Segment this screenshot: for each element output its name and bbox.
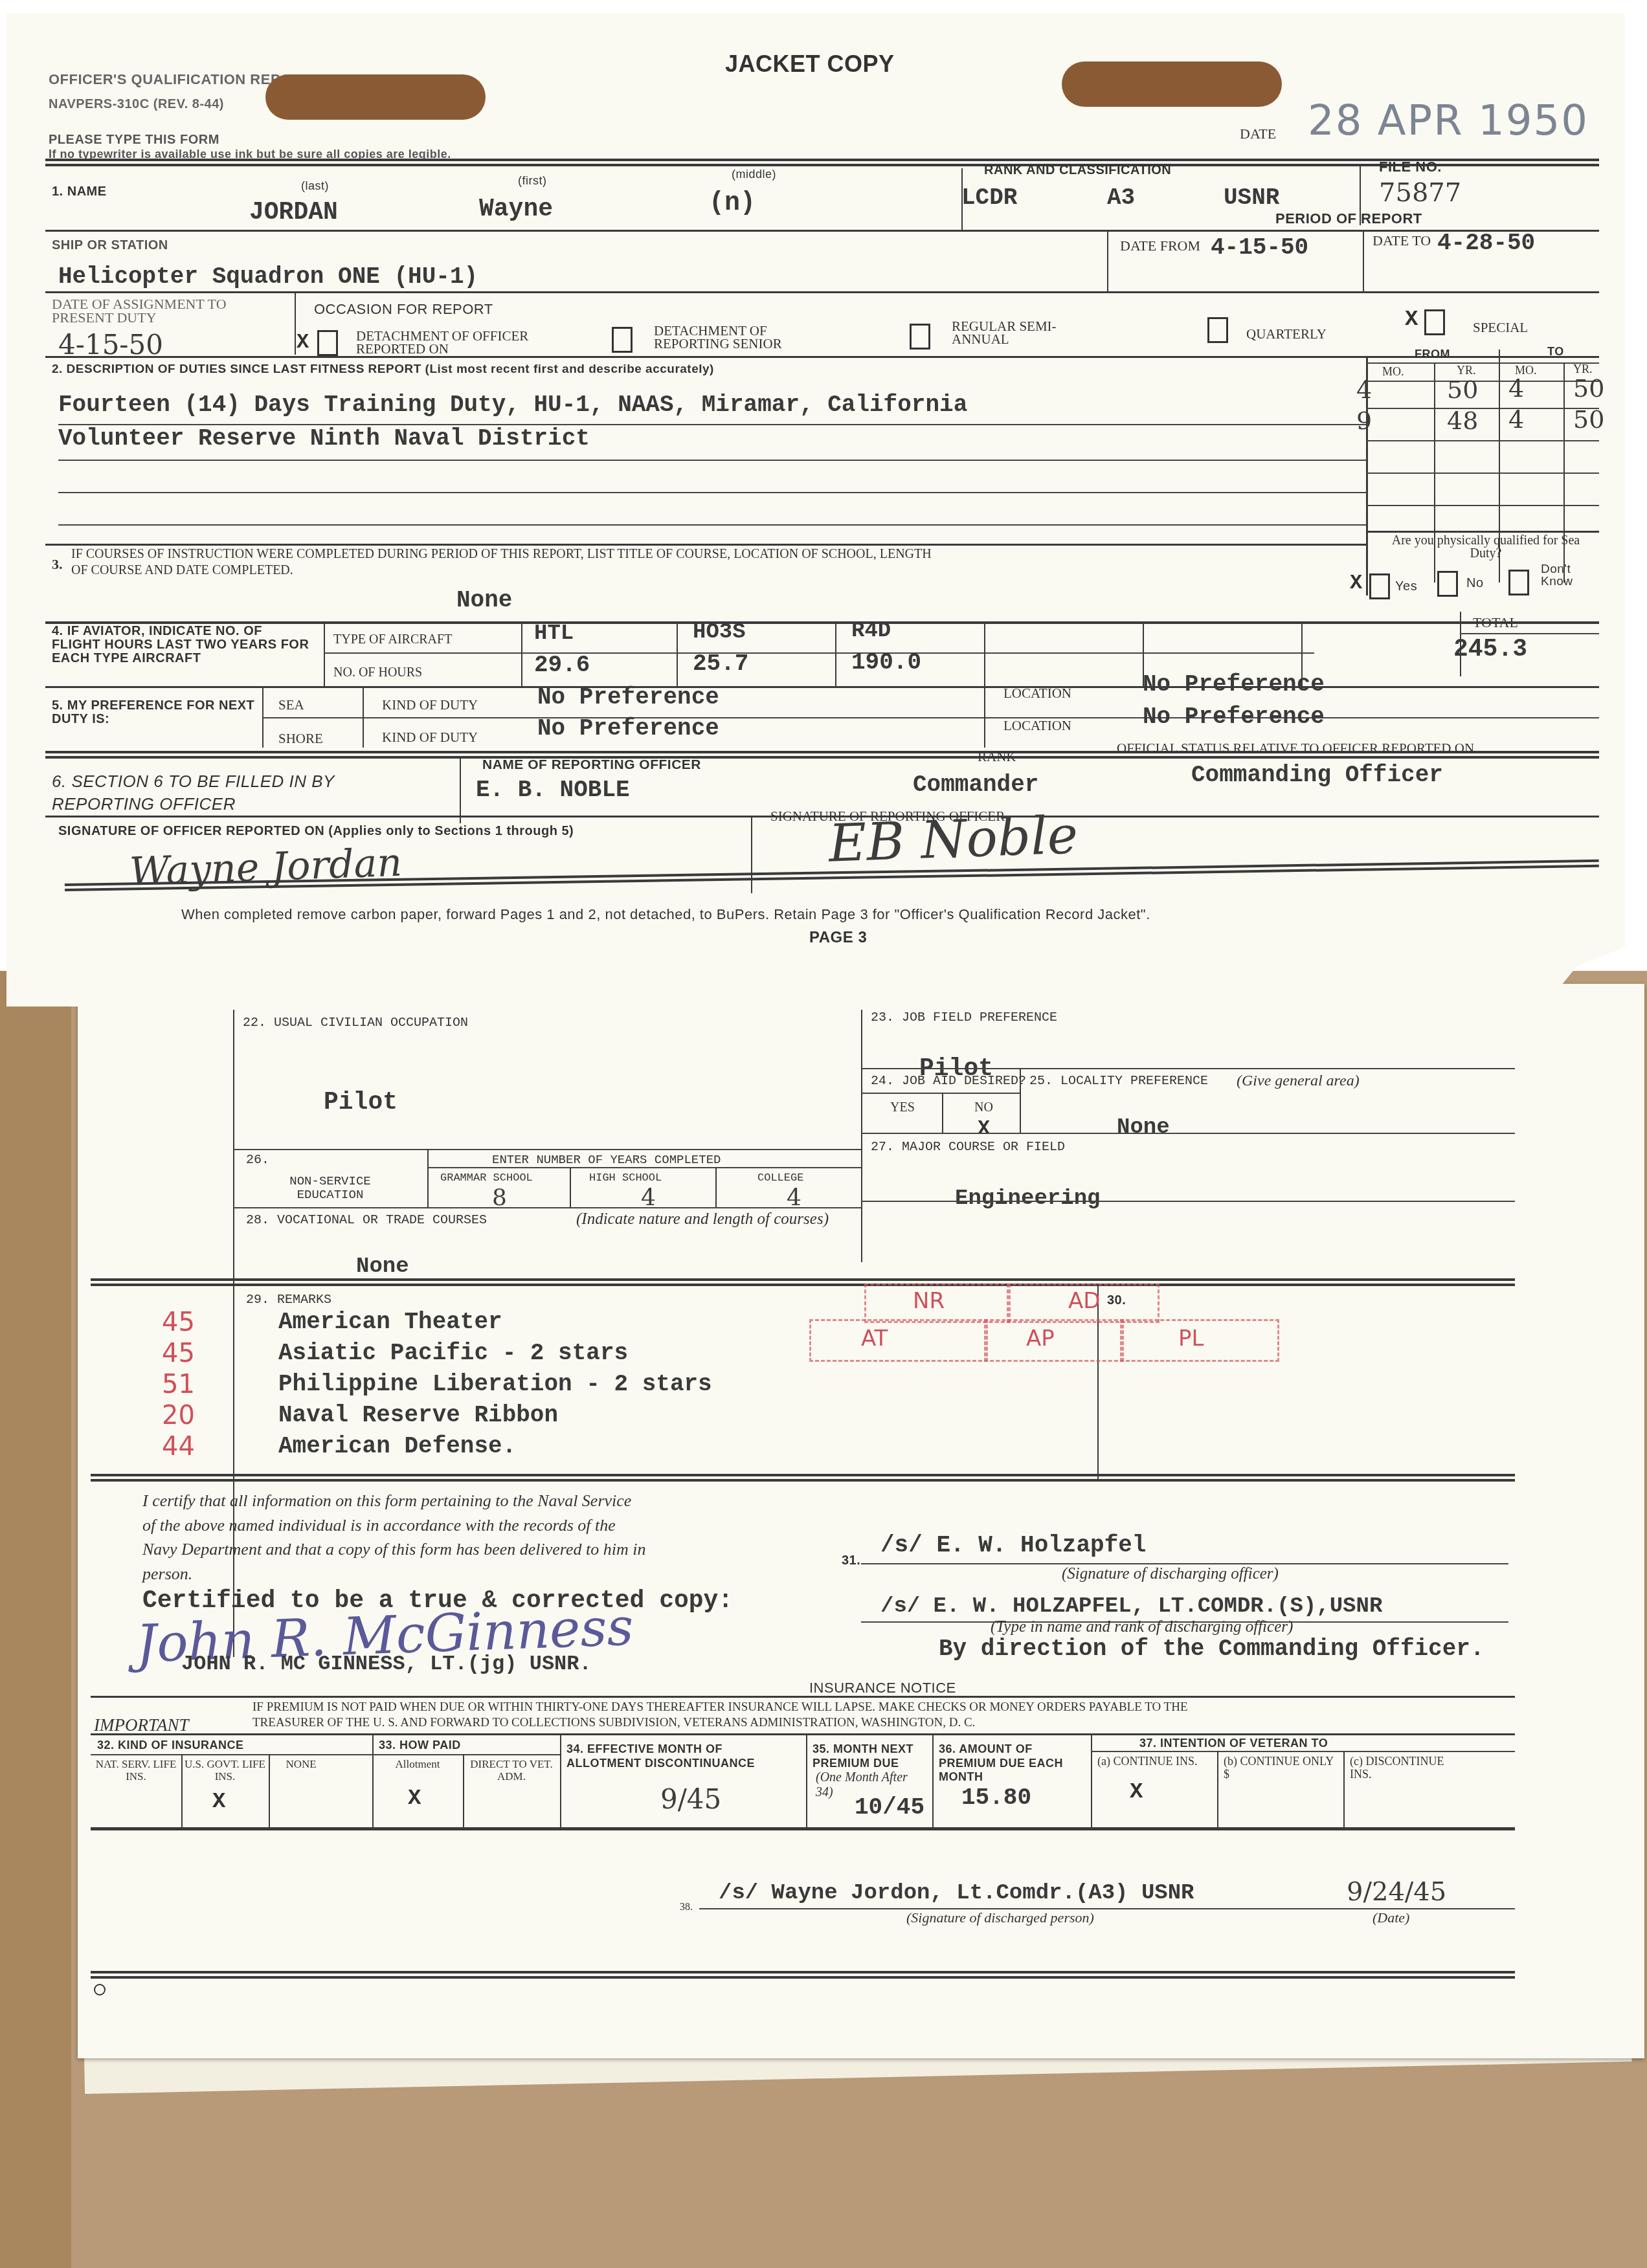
certification-text: I certify that all information on this f… (142, 1489, 647, 1586)
discharged-sig-caption: (Signature of discharged person) (906, 1909, 1094, 1926)
years-header: ENTER NUMBER OF YEARS COMPLETED (492, 1153, 721, 1167)
preference-label: 5. MY PREFERENCE FOR NEXT DUTY IS: (52, 699, 259, 726)
duties-line-2: Volunteer Reserve Ninth Naval District (58, 427, 590, 450)
duty-row-1-from-mo: 4 (1356, 375, 1372, 404)
first-name-label: (first) (518, 175, 546, 188)
aircraft-1-type: HTL (534, 623, 574, 645)
type-instruction: PLEASE TYPE THIS FORM (49, 133, 219, 148)
sea-label: SEA (278, 698, 304, 713)
discharged-signature: /s/ Wayne Jordon, Lt.Comdr.(A3) USNR (719, 1882, 1194, 1904)
education-number: 26. (246, 1153, 269, 1168)
aircraft-3-hours: 190.0 (851, 651, 921, 674)
job-aid-label: 24. JOB AID DESIRED? (871, 1074, 1026, 1089)
shore-location-value: No Preference (1143, 706, 1325, 729)
classification-value: A3 (1107, 186, 1135, 210)
courses-label-line1: IF COURSES OF INSTRUCTION WERE COMPLETED… (71, 547, 932, 561)
shore-location-label: LOCATION (1003, 718, 1071, 733)
total-hours-value: 245.3 (1453, 638, 1527, 662)
remark-code: 51 (162, 1370, 195, 1399)
assignment-label: DATE OF ASSIGNMENT TO PRESENT DUTY (52, 298, 278, 325)
sea-duty-check-mark: X (1350, 571, 1362, 595)
ship-station-value: Helicopter Squadron ONE (HU-1) (58, 265, 478, 289)
special-check-mark: X (1405, 307, 1418, 332)
duty-row-1-to-mo: 4 (1508, 374, 1524, 403)
discharged-date: 9/24/45 (1347, 1877, 1446, 1907)
discharging-sig-caption: (Signature of discharging officer) (1062, 1565, 1279, 1583)
discharging-number: 31. (842, 1553, 860, 1568)
duties-line-1: Fourteen (14) Days Training Duty, HU-1, … (58, 394, 967, 417)
grammar-label: GRAMMAR SCHOOL (440, 1173, 533, 1185)
sea-kind-value: No Preference (537, 686, 719, 709)
paid-col-allotment: Allotment (375, 1759, 460, 1771)
high-school-label: HIGH SCHOOL (589, 1173, 662, 1185)
kind-value-usgli[interactable]: X (212, 1790, 225, 1814)
next-premium-value: 10/45 (855, 1796, 924, 1819)
remark-text: American Theater (278, 1311, 502, 1334)
duty-row-2-from-yr: 48 (1447, 406, 1478, 435)
remarks-label: 29. REMARKS (246, 1293, 331, 1307)
reporting-officer-name: E. B. NOBLE (476, 779, 630, 802)
intention-col-continue: (a) CONTINUE INS. (1097, 1755, 1214, 1768)
insurance-notice-title: INSURANCE NOTICE (809, 1680, 956, 1696)
sea-duty-label: Are you physically qualified for Sea Dut… (1379, 534, 1593, 560)
sea-duty-no-checkbox[interactable] (1437, 571, 1458, 597)
total-label: TOTAL (1473, 615, 1518, 630)
vocational-label: 28. VOCATIONAL OR TRADE COURSES (246, 1214, 487, 1228)
remark-code: 20 (162, 1401, 195, 1430)
page-3-jacket-copy: OFFICER'S QUALIFICATION REPORT NAVPERS-3… (6, 13, 1625, 1006)
intention-col-discontinue: (c) DISCONTINUE INS. (1350, 1755, 1460, 1781)
folder-edge (0, 971, 71, 2268)
major-label: 27. MAJOR COURSE OR FIELD (871, 1140, 1065, 1155)
form-number: NAVPERS-310C (REV. 8-44) (49, 97, 224, 112)
sea-duty-yes-label: Yes (1395, 579, 1417, 594)
duty-row-1-from-yr: 50 (1447, 375, 1478, 404)
insurance-notice-line2: TREASURER OF THE U. S. AND FORWARD TO CO… (252, 1717, 975, 1730)
ribbon-at: AT (861, 1326, 888, 1351)
premium-amount-label: 36. AMOUNT OF PREMIUM DUE EACH MONTH (939, 1742, 1081, 1784)
important-label: IMPORTANT (94, 1715, 189, 1735)
effective-month-value: 9/45 (660, 1783, 721, 1815)
occasion-checkbox-detachment-officer[interactable] (317, 330, 338, 356)
kind-col-nsli: NAT. SERV. LIFE INS. (94, 1759, 178, 1783)
duties-label: 2. DESCRIPTION OF DUTIES SINCE LAST FITN… (52, 362, 714, 377)
remark-code: 44 (162, 1432, 195, 1462)
from-label: FROM (1415, 348, 1450, 361)
rank-classification-label: RANK AND CLASSIFICATION (984, 163, 1171, 178)
occasion-checkbox-special[interactable] (1424, 309, 1445, 335)
official-status-label: OFFICIAL STATUS RELATIVE TO OFFICER REPO… (1117, 741, 1474, 756)
discharged-number: 38. (680, 1902, 693, 1913)
occupation-value: Pilot (324, 1091, 398, 1115)
ribbon-pl: PL (1178, 1326, 1204, 1351)
hours-label: NO. OF HOURS (333, 665, 422, 680)
period-label: PERIOD OF REPORT (1275, 210, 1422, 227)
job-aid-no-label: NO (974, 1100, 993, 1115)
premium-amount-value: 15.80 (961, 1786, 1031, 1810)
occasion-label-quarterly: QUARTERLY (1246, 327, 1327, 342)
kind-col-usgli: U.S. GOVT. LIFE INS. (185, 1759, 265, 1783)
how-paid-label: 33. HOW PAID (379, 1739, 461, 1752)
duty-row-2-to-yr: 50 (1573, 405, 1604, 434)
flight-hours-label: 4. IF AVIATOR, INDICATE NO. OF FLIGHT HO… (52, 625, 311, 665)
intention-value-continue[interactable]: X (1130, 1780, 1143, 1805)
next-premium-label: 35. MONTH NEXT PREMIUM DUE (812, 1742, 923, 1770)
ribbon-nr: NR (913, 1288, 945, 1314)
punch-hole-right (1062, 61, 1282, 107)
aircraft-1-hours: 29.6 (534, 654, 590, 677)
component-value: USNR (1224, 186, 1279, 210)
last-name-value: JORDAN (249, 201, 338, 225)
file-no-label: FILE NO. (1379, 159, 1442, 175)
job-aid-yes-label: YES (890, 1100, 915, 1115)
rank-value: LCDR (961, 186, 1017, 210)
major-value: Engineering (955, 1188, 1100, 1210)
remark-text: Naval Reserve Ribbon (278, 1404, 558, 1427)
middle-name-label: (middle) (732, 168, 776, 181)
occasion-checkbox-detachment-senior[interactable] (612, 327, 633, 353)
page-number-label: PAGE 3 (809, 929, 867, 947)
occasion-label-detachment-senior: DETACHMENT OF REPORTING SENIOR (654, 325, 822, 351)
last-name-label: (last) (301, 180, 329, 193)
sea-duty-dont-know-label: Don't Know (1541, 563, 1586, 588)
remark-code: 45 (162, 1307, 195, 1337)
effective-month-label: 34. EFFECTIVE MONTH OF ALLOTMENT DISCONT… (566, 1742, 800, 1770)
officer-signature-label: SIGNATURE OF OFFICER REPORTED ON (Applie… (58, 824, 574, 839)
remark-code: 45 (162, 1339, 195, 1368)
remark-text: Philippine Liberation - 2 stars (278, 1373, 712, 1396)
file-no-value: 75877 (1379, 178, 1461, 208)
ribbon-ad: AD (1068, 1288, 1100, 1314)
vocational-hint: (Indicate nature and length of courses) (576, 1210, 829, 1228)
date-label: DATE (1240, 126, 1276, 142)
reporting-officer-signature: EB Noble (827, 805, 1079, 873)
shore-kind-label: KIND OF DUTY (382, 730, 478, 745)
occasion-checkbox-quarterly[interactable] (1207, 317, 1228, 343)
aircraft-2-hours: 25.7 (693, 652, 748, 676)
job-aid-no-mark[interactable]: X (978, 1117, 990, 1140)
locality-value: None (1117, 1117, 1170, 1139)
ship-station-label: SHIP OR STATION (52, 238, 168, 253)
locality-label: 25. LOCALITY PREFERENCE (1029, 1074, 1208, 1089)
section-6-label: 6. SECTION 6 TO BE FILLED IN BY REPORTIN… (52, 770, 414, 816)
jacket-copy-title: JACKET COPY (725, 50, 895, 78)
occasion-checkbox-regular[interactable] (910, 324, 930, 350)
from-mo-label: MO. (1382, 366, 1404, 379)
job-field-label: 23. JOB FIELD PREFERENCE (871, 1011, 1057, 1025)
date-from-label: DATE FROM (1120, 238, 1200, 254)
intention-col-partial: (b) CONTINUE ONLY $ (1224, 1755, 1340, 1781)
occupation-label: 22. USUAL CIVILIAN OCCUPATION (243, 1016, 468, 1030)
discharging-signature: /s/ E. W. Holzapfel (880, 1534, 1146, 1557)
name-section-label: 1. NAME (52, 184, 107, 199)
date-stamp: 28 APR 1950 (1308, 97, 1589, 145)
duty-row-2-from-mo: 9 (1356, 406, 1372, 435)
courses-value: None (456, 589, 512, 612)
ribbon-ap: AP (1026, 1326, 1055, 1351)
occasion-label-regular: REGULAR SEMI-ANNUAL (952, 320, 1081, 346)
sea-duty-no-label: No (1466, 576, 1484, 591)
first-name-value: Wayne (479, 197, 553, 222)
date-from-value: 4-15-50 (1211, 236, 1308, 260)
occasion-label-detachment-officer: DETACHMENT OF OFFICER REPORTED ON (356, 330, 550, 356)
college-label: COLLEGE (757, 1173, 803, 1185)
kind-of-insurance-label: 32. KIND OF INSURANCE (97, 1739, 244, 1752)
education-label: NON-SERVICE EDUCATION (272, 1175, 388, 1202)
to-label: TO (1547, 345, 1564, 359)
date-to-label: DATE TO (1372, 233, 1431, 249)
sea-duty-yes-checkbox[interactable] (1369, 573, 1390, 599)
aircraft-3-type: R4D (851, 620, 891, 642)
discharged-date-caption: (Date) (1372, 1909, 1409, 1926)
union-bug-icon (94, 1984, 106, 1996)
sea-kind-label: KIND OF DUTY (382, 698, 478, 713)
paid-col-direct: DIRECT TO VET. ADM. (466, 1759, 557, 1783)
sea-duty-dont-know-checkbox[interactable] (1508, 570, 1529, 595)
shore-label: SHORE (278, 731, 323, 746)
locality-hint: (Give general area) (1237, 1073, 1360, 1090)
date-to-value: 4-28-50 (1437, 232, 1535, 255)
aircraft-2-type: HO3S (693, 621, 746, 643)
duty-row-2-to-mo: 4 (1508, 405, 1524, 434)
by-direction-text: By direction of the Commanding Officer. (939, 1638, 1485, 1661)
discharging-typed-name: /s/ E. W. HOLZAPFEL, LT.COMDR.(S),USNR (880, 1595, 1382, 1618)
punch-hole-left (265, 74, 486, 120)
shore-kind-value: No Preference (537, 717, 719, 740)
kind-col-none: NONE (272, 1759, 330, 1771)
insurance-notice-line1: IF PREMIUM IS NOT PAID WHEN DUE OR WITHI… (252, 1701, 1188, 1715)
middle-name-value: (n) (709, 191, 756, 217)
page-2-discharge-form: Braniff Airways, Dallas, Texas 7/12/40 2… (78, 984, 1644, 2058)
intention-label: 37. INTENTION OF VETERAN TO (1139, 1737, 1328, 1750)
courses-number: 3. (52, 557, 63, 572)
occasion-label-special: SPECIAL (1473, 320, 1528, 335)
reporting-rank-value: Commander (913, 773, 1038, 797)
courses-label-line2: OF COURSE AND DATE COMPLETED. (71, 563, 293, 577)
occasion-label: OCCASION FOR REPORT (314, 301, 493, 318)
aircraft-type-label: TYPE OF AIRCRAFT (333, 632, 452, 647)
reporting-rank-label: RANK (978, 750, 1016, 764)
reporting-officer-name-label: NAME OF REPORTING OFFICER (482, 757, 701, 773)
paid-value-allotment[interactable]: X (408, 1786, 421, 1811)
occasion-check-mark: X (297, 330, 309, 354)
official-status-value: Commanding Officer (1191, 764, 1443, 787)
discharging-typed-caption: (Type in name and rank of discharging of… (991, 1618, 1293, 1636)
duty-row-1-to-yr: 50 (1573, 374, 1604, 403)
vocational-value: None (356, 1256, 409, 1278)
footer-instruction: When completed remove carbon paper, forw… (181, 906, 1150, 923)
sea-location-value: No Preference (1143, 673, 1325, 696)
remark-text: Asiatic Pacific - 2 stars (278, 1342, 628, 1365)
certifier-typed-name: JOHN R. MC GINNESS, LT.(jg) USNR. (181, 1654, 592, 1674)
remark-text: American Defense. (278, 1435, 516, 1458)
sea-location-label: LOCATION (1003, 686, 1071, 701)
